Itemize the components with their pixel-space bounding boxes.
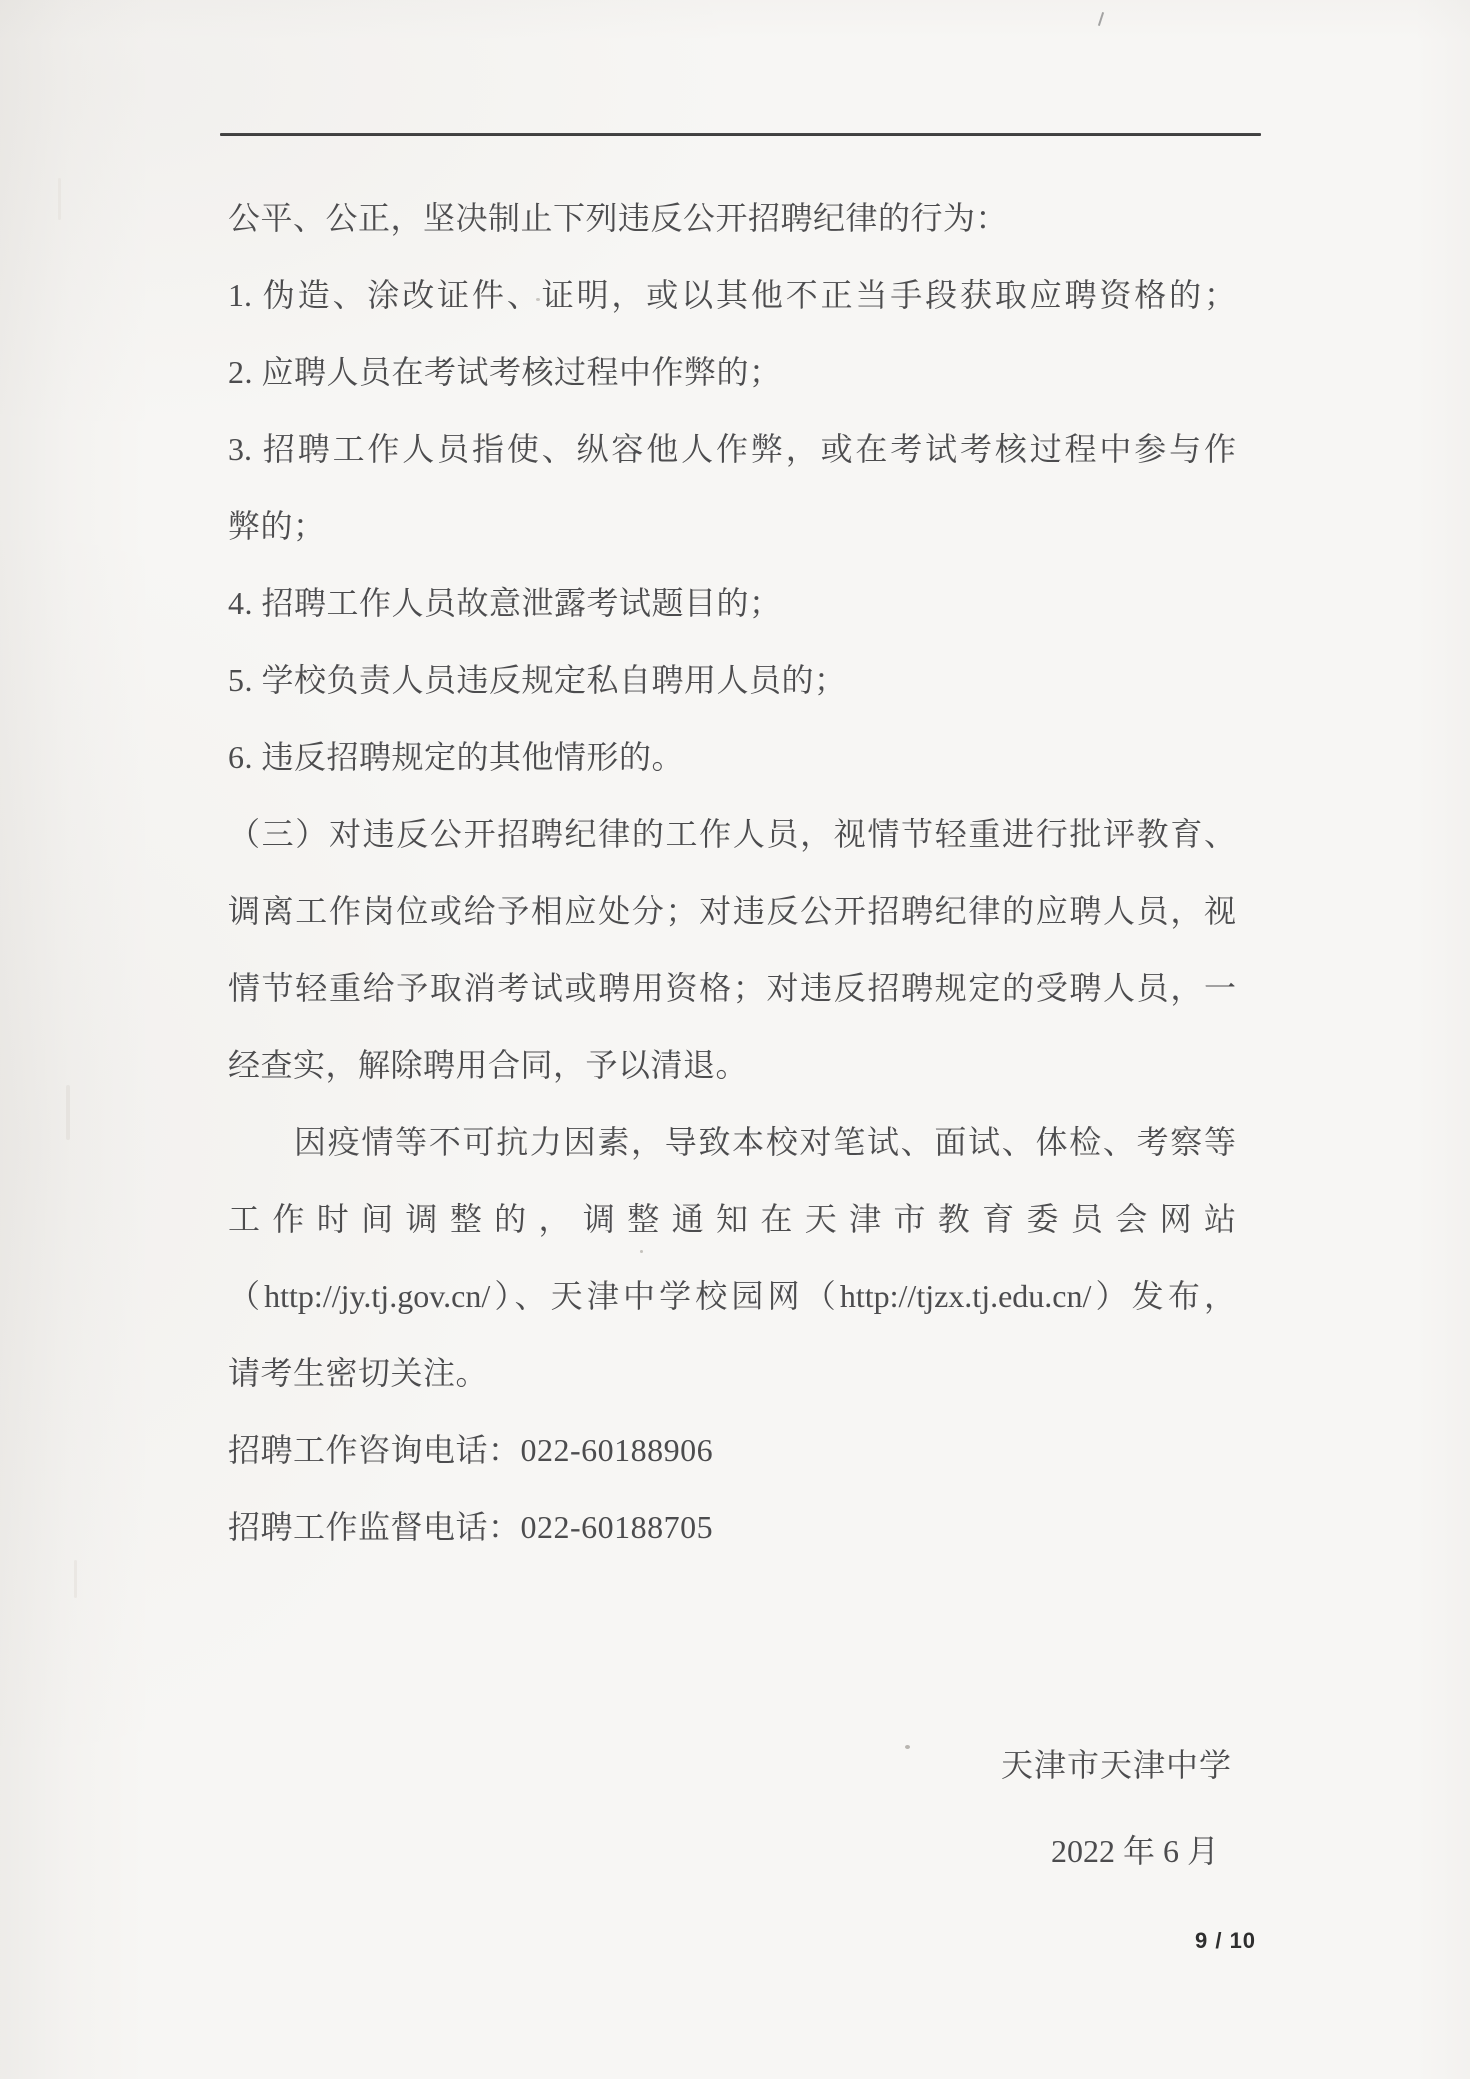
scan-speck: [66, 1085, 70, 1140]
scanned-document-page: 公平、公正，坚决制止下列违反公开招聘纪律的行为： 1. 伪造、涂改证件、证明，或…: [0, 0, 1470, 2079]
header-rule: [220, 133, 1261, 136]
body-line: 2. 应聘人员在考试考核过程中作弊的；: [228, 334, 1236, 411]
scan-speck: [536, 298, 540, 301]
body-line: 工作时间调整的，调整通知在天津市教育委员会网站: [228, 1181, 1236, 1258]
document-body: 公平、公正，坚决制止下列违反公开招聘纪律的行为： 1. 伪造、涂改证件、证明，或…: [228, 180, 1236, 1566]
body-line: 5. 学校负责人员违反规定私自聘用人员的；: [228, 642, 1236, 719]
body-line: 公平、公正，坚决制止下列违反公开招聘纪律的行为：: [228, 180, 1236, 257]
body-line-phone-consult: 招聘工作咨询电话：022-60188906: [228, 1412, 1236, 1489]
body-line: 3. 招聘工作人员指使、纵容他人作弊，或在考试考核过程中参与作: [228, 411, 1236, 488]
signature-date: 2022 年 6 月: [1051, 1813, 1219, 1890]
body-line: 弊的；: [228, 488, 1236, 565]
body-line-phone-supervise: 招聘工作监督电话：022-60188705: [228, 1489, 1236, 1566]
body-line: 调离工作岗位或给予相应处分；对违反公开招聘纪律的应聘人员，视: [228, 873, 1236, 950]
body-line: 经查实，解除聘用合同，予以清退。: [228, 1027, 1236, 1104]
scan-speck: [905, 1745, 910, 1749]
scan-speck: [640, 1250, 643, 1253]
scan-speck: [74, 1560, 77, 1598]
body-line: （http://jy.tj.gov.cn/）、天津中学校园网（http://tj…: [228, 1258, 1236, 1335]
body-line: 4. 招聘工作人员故意泄露考试题目的；: [228, 565, 1236, 642]
scan-speck: [58, 178, 61, 220]
scan-speck: [1098, 12, 1104, 26]
body-line: 因疫情等不可抗力因素，导致本校对笔试、面试、体检、考察等: [228, 1104, 1236, 1181]
signature-school-name: 天津市天津中学: [1001, 1727, 1232, 1804]
body-line: 请考生密切关注。: [228, 1335, 1236, 1412]
body-line: 情节轻重给予取消考试或聘用资格；对违反招聘规定的受聘人员，一: [228, 950, 1236, 1027]
body-line: 6. 违反招聘规定的其他情形的。: [228, 719, 1236, 796]
body-line: （三）对违反公开招聘纪律的工作人员，视情节轻重进行批评教育、: [228, 796, 1236, 873]
body-line: 1. 伪造、涂改证件、证明，或以其他不正当手段获取应聘资格的；: [228, 257, 1236, 334]
page-number: 9 / 10: [1195, 1928, 1256, 1954]
